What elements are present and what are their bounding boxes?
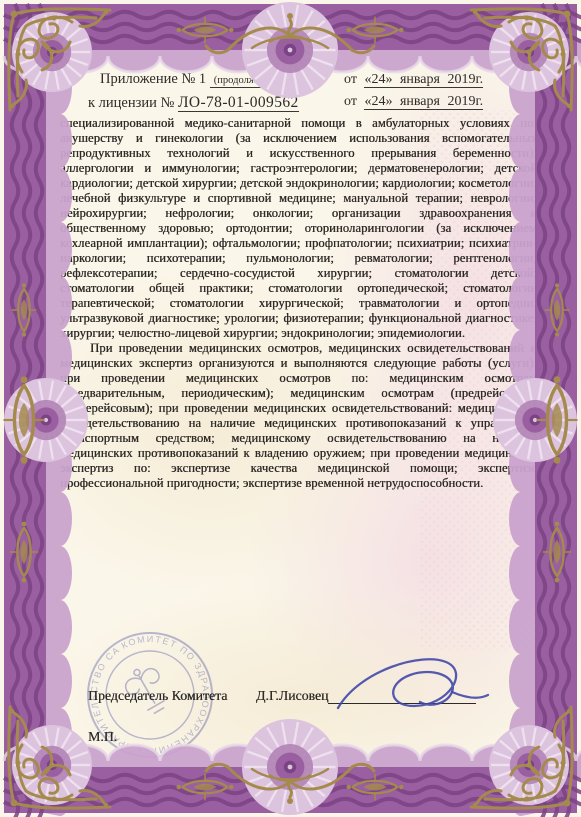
date2-prefix: от (344, 94, 357, 109)
seal-place-abbr: М.П. (88, 729, 117, 745)
appendix-continuation-note: (продолжение) (210, 75, 282, 88)
signatory-name: Д.Г.Лисовец (256, 688, 328, 704)
date1-value: «24» января 2019г. (364, 72, 483, 88)
license-appendix-page: Приложение № 1 (продолжение) к лицензии … (0, 0, 581, 817)
paragraph-services: специализированной медико-санитарной пом… (60, 116, 537, 341)
license-number: ЛО-78-01-009562 (178, 94, 299, 112)
appendix-title: Приложение № 1 (100, 71, 206, 87)
signatory-title: Председатель Комитета (88, 688, 227, 704)
date2-value: «24» января 2019г. (364, 94, 483, 110)
signature-line (328, 689, 476, 704)
date1-prefix: от (344, 72, 357, 87)
header-left: Приложение № 1 (продолжение) к лицензии … (88, 68, 299, 114)
header-dates: от «24» января 2019г. от «24» января 201… (344, 69, 483, 112)
document-content: Приложение № 1 (продолжение) к лицензии … (0, 0, 581, 817)
paragraph-examinations: При проведении медицинских осмотров, мед… (60, 341, 537, 491)
license-body-text: специализированной медико-санитарной пом… (60, 116, 537, 491)
license-label: к лицензии № (88, 95, 174, 111)
